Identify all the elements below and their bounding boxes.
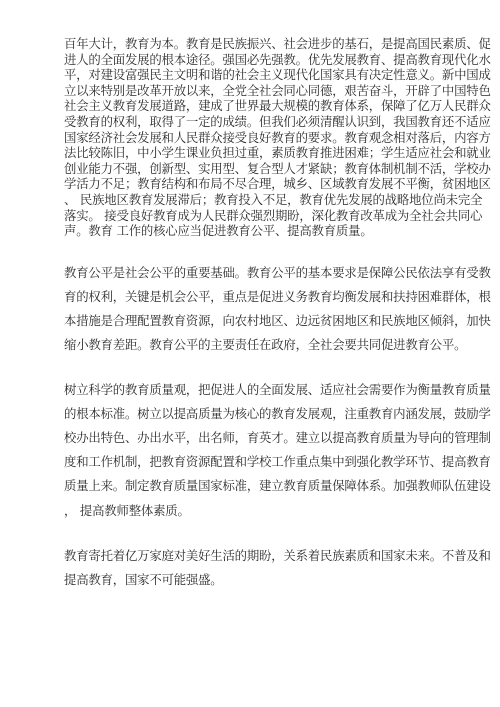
text-line: 社会主义教育发展道路，建成了世界最大规模的教育体系，保障了亿万人民群众 [64,98,441,114]
text-line: 平，对建设富强民主文明和谐的社会主义现代化国家具有决定性意义。新中国成 [64,67,441,83]
text-line: 校办出特色、办出水平，出名师，育英才。建立以提高教育质量为导向的管理制 [64,426,441,450]
text-line: 落实。 接受良好教育成为人民群众强烈期盼，深化教育改革成为全社会共同心 [64,208,441,224]
text-line: 质量上来。制定教育质量国家标准，建立教育质量保障体系。加强教师队伍建设 [64,474,441,498]
paragraph-education-foundation: 百年大计，教育为本。教育是民族振兴、社会进步的基石，是提高国民素质、促 进人的全… [64,36,441,239]
text-line: 度和工作机制，把教育资源配置和学校工作重点集中到强化教学环节、提高教育 [64,450,441,474]
paragraph-education-future: 教育寄托着亿万家庭对美好生活的期盼，关系着民族素质和国家未来。不普及和 提高教育… [64,544,441,592]
text-line: ， 提高教师整体素质。 [64,499,441,523]
text-line: 教育寄托着亿万家庭对美好生活的期盼，关系着民族素质和国家未来。不普及和 [64,544,441,568]
text-line: 树立科学的教育质量观，把促进人的全面发展、适应社会需要作为衡量教育质量 [64,378,441,402]
text-line: 创业能力不强，创新型、实用型、复合型人才紧缺；教育体制机制不活，学校办 [64,161,441,177]
text-line: 提高教育，国家不可能强盛。 [64,568,441,592]
text-line: 学活力不足；教育结构和布局不尽合理，城乡、区域教育发展不平衡，贫困地区 [64,176,441,192]
paragraph-education-equity: 教育公平是社会公平的重要基础。教育公平的基本要求是保障公民依法享有受教 育的权利… [64,261,441,358]
text-line: 法比较陈旧，中小学生课业负担过重，素质教育推进困难；学生适应社会和就业 [64,145,441,161]
text-line: 教育公平是社会公平的重要基础。教育公平的基本要求是保障公民依法享有受教 [64,261,441,285]
text-line: 声。教育 工作的核心应当促进教育公平、提高教育质量。 [64,223,441,239]
text-line: 的根本标准。树立以提高质量为核心的教育发展观，注重教育内涵发展，鼓励学 [64,402,441,426]
text-line: 国家经济社会发展和人民群众接受良好教育的要求。教育观念相对落后，内容方 [64,130,441,146]
text-line: 、 民族地区教育发展滞后；教育投入不足，教育优先发展的战略地位尚未完全 [64,192,441,208]
text-line: 进人的全面发展的根本途径。强国必先强教。优先发展教育、提高教育现代化水 [64,52,441,68]
text-line: 受教育的权利，取得了一定的成绩。但我们必须清醒认识到，我国教育还不适应 [64,114,441,130]
text-line: 育的权利，关键是机会公平，重点是促进义务教育均衡发展和扶持困难群体，根 [64,285,441,309]
text-line: 缩小教育差距。教育公平的主要责任在政府，全社会要共同促进教育公平。 [64,333,441,357]
text-line: 本措施是合理配置教育资源，向农村地区、边远贫困地区和民族地区倾斜，加快 [64,309,441,333]
paragraph-education-quality: 树立科学的教育质量观，把促进人的全面发展、适应社会需要作为衡量教育质量 的根本标… [64,378,441,523]
text-line: 百年大计，教育为本。教育是民族振兴、社会进步的基石，是提高国民素质、促 [64,36,441,52]
document-page: 百年大计，教育为本。教育是民族振兴、社会进步的基石，是提高国民素质、促 进人的全… [64,36,441,592]
text-line: 立以来特别是改革开放以来，全党全社会同心同德，艰苦奋斗，开辟了中国特色 [64,83,441,99]
